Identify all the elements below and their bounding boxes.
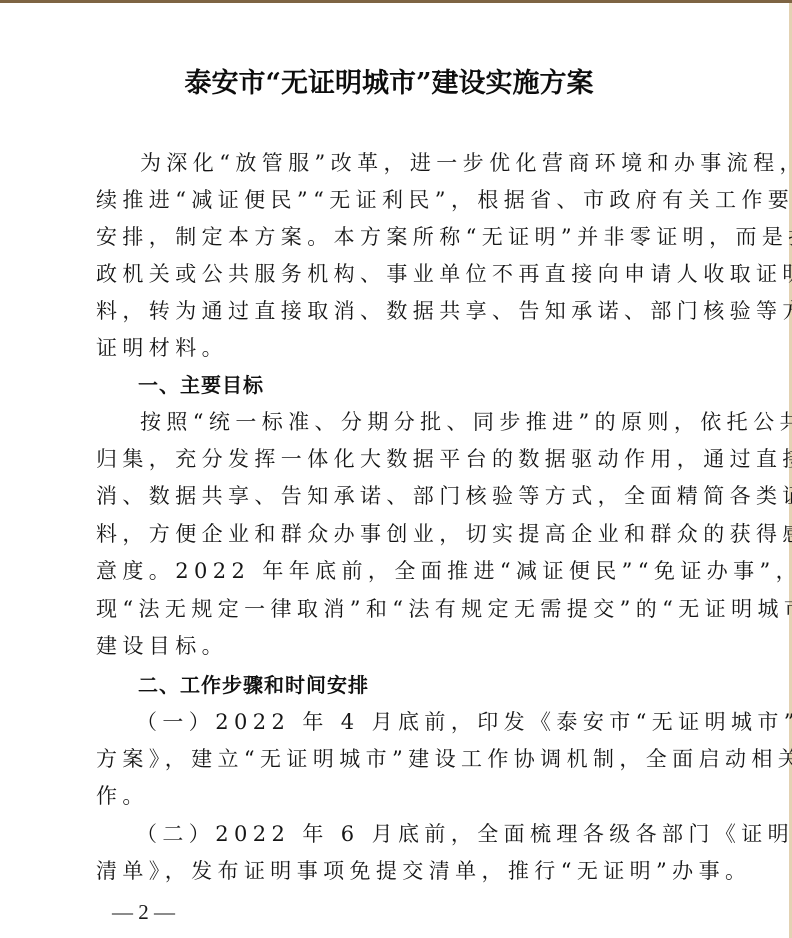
section-heading-main-goals: 一、主要目标 <box>138 367 264 404</box>
intro-line: 证明材料。 <box>96 330 228 367</box>
intro-line: 安排，制定本方案。本方案所称“无证明”并非零证明，而是指行 <box>96 219 792 256</box>
section2-item1-line: 方案》，建立“无证明城市”建设工作协调机制，全面启动相关工 <box>96 741 792 778</box>
section2-item1-line: 作。 <box>96 778 149 815</box>
section1-line: 料，方便企业和群众办事创业，切实提高企业和群众的获得感、满 <box>96 516 792 553</box>
document-title: 泰安市“无证明城市”建设实施方案 <box>0 64 778 104</box>
section1-line: 建设目标。 <box>96 628 228 665</box>
intro-line: 料，转为通过直接取消、数据共享、告知承诺、部门核验等方式精简 <box>96 293 792 330</box>
intro-line: 为深化“放管服”改革，进一步优化营商环境和办事流程，持 <box>140 145 792 182</box>
intro-line: 续推进“减证便民”“无证利民”，根据省、市政府有关工作要求和 <box>96 182 792 219</box>
section-heading-work-steps: 二、工作步骤和时间安排 <box>138 667 369 704</box>
section1-line: 消、数据共享、告知承诺、部门核验等方式，全面精简各类证明材 <box>96 478 792 515</box>
intro-line: 政机关或公共服务机构、事业单位不再直接向申请人收取证明材 <box>96 256 792 293</box>
section2-item2-line: （二）2022 年 6 月底前，全面梳理各级各部门《证明事项实施 <box>136 816 792 853</box>
section2-item2-line: 清单》，发布证明事项免提交清单，推行“无证明”办事。 <box>96 853 751 890</box>
section1-line: 现“法无规定一律取消”和“法有规定无需提交”的“无证明城市” <box>96 591 792 628</box>
section1-line: 意度。2022 年年底前，全面推进“减证便民”“免证办事”，尽快实 <box>96 553 792 590</box>
section1-line: 归集，充分发挥一体化大数据平台的数据驱动作用，通过直接取 <box>96 441 792 478</box>
section2-item1-line: （一）2022 年 4 月底前，印发《泰安市“无证明城市”建设实施 <box>136 704 792 741</box>
document-page: 泰安市“无证明城市”建设实施方案 为深化“放管服”改革，进一步优化营商环境和办事… <box>0 0 789 938</box>
section1-line: 按照“统一标准、分期分批、同步推进”的原则，依托公共数据 <box>140 404 792 441</box>
page-number: — 2 — <box>112 896 175 928</box>
